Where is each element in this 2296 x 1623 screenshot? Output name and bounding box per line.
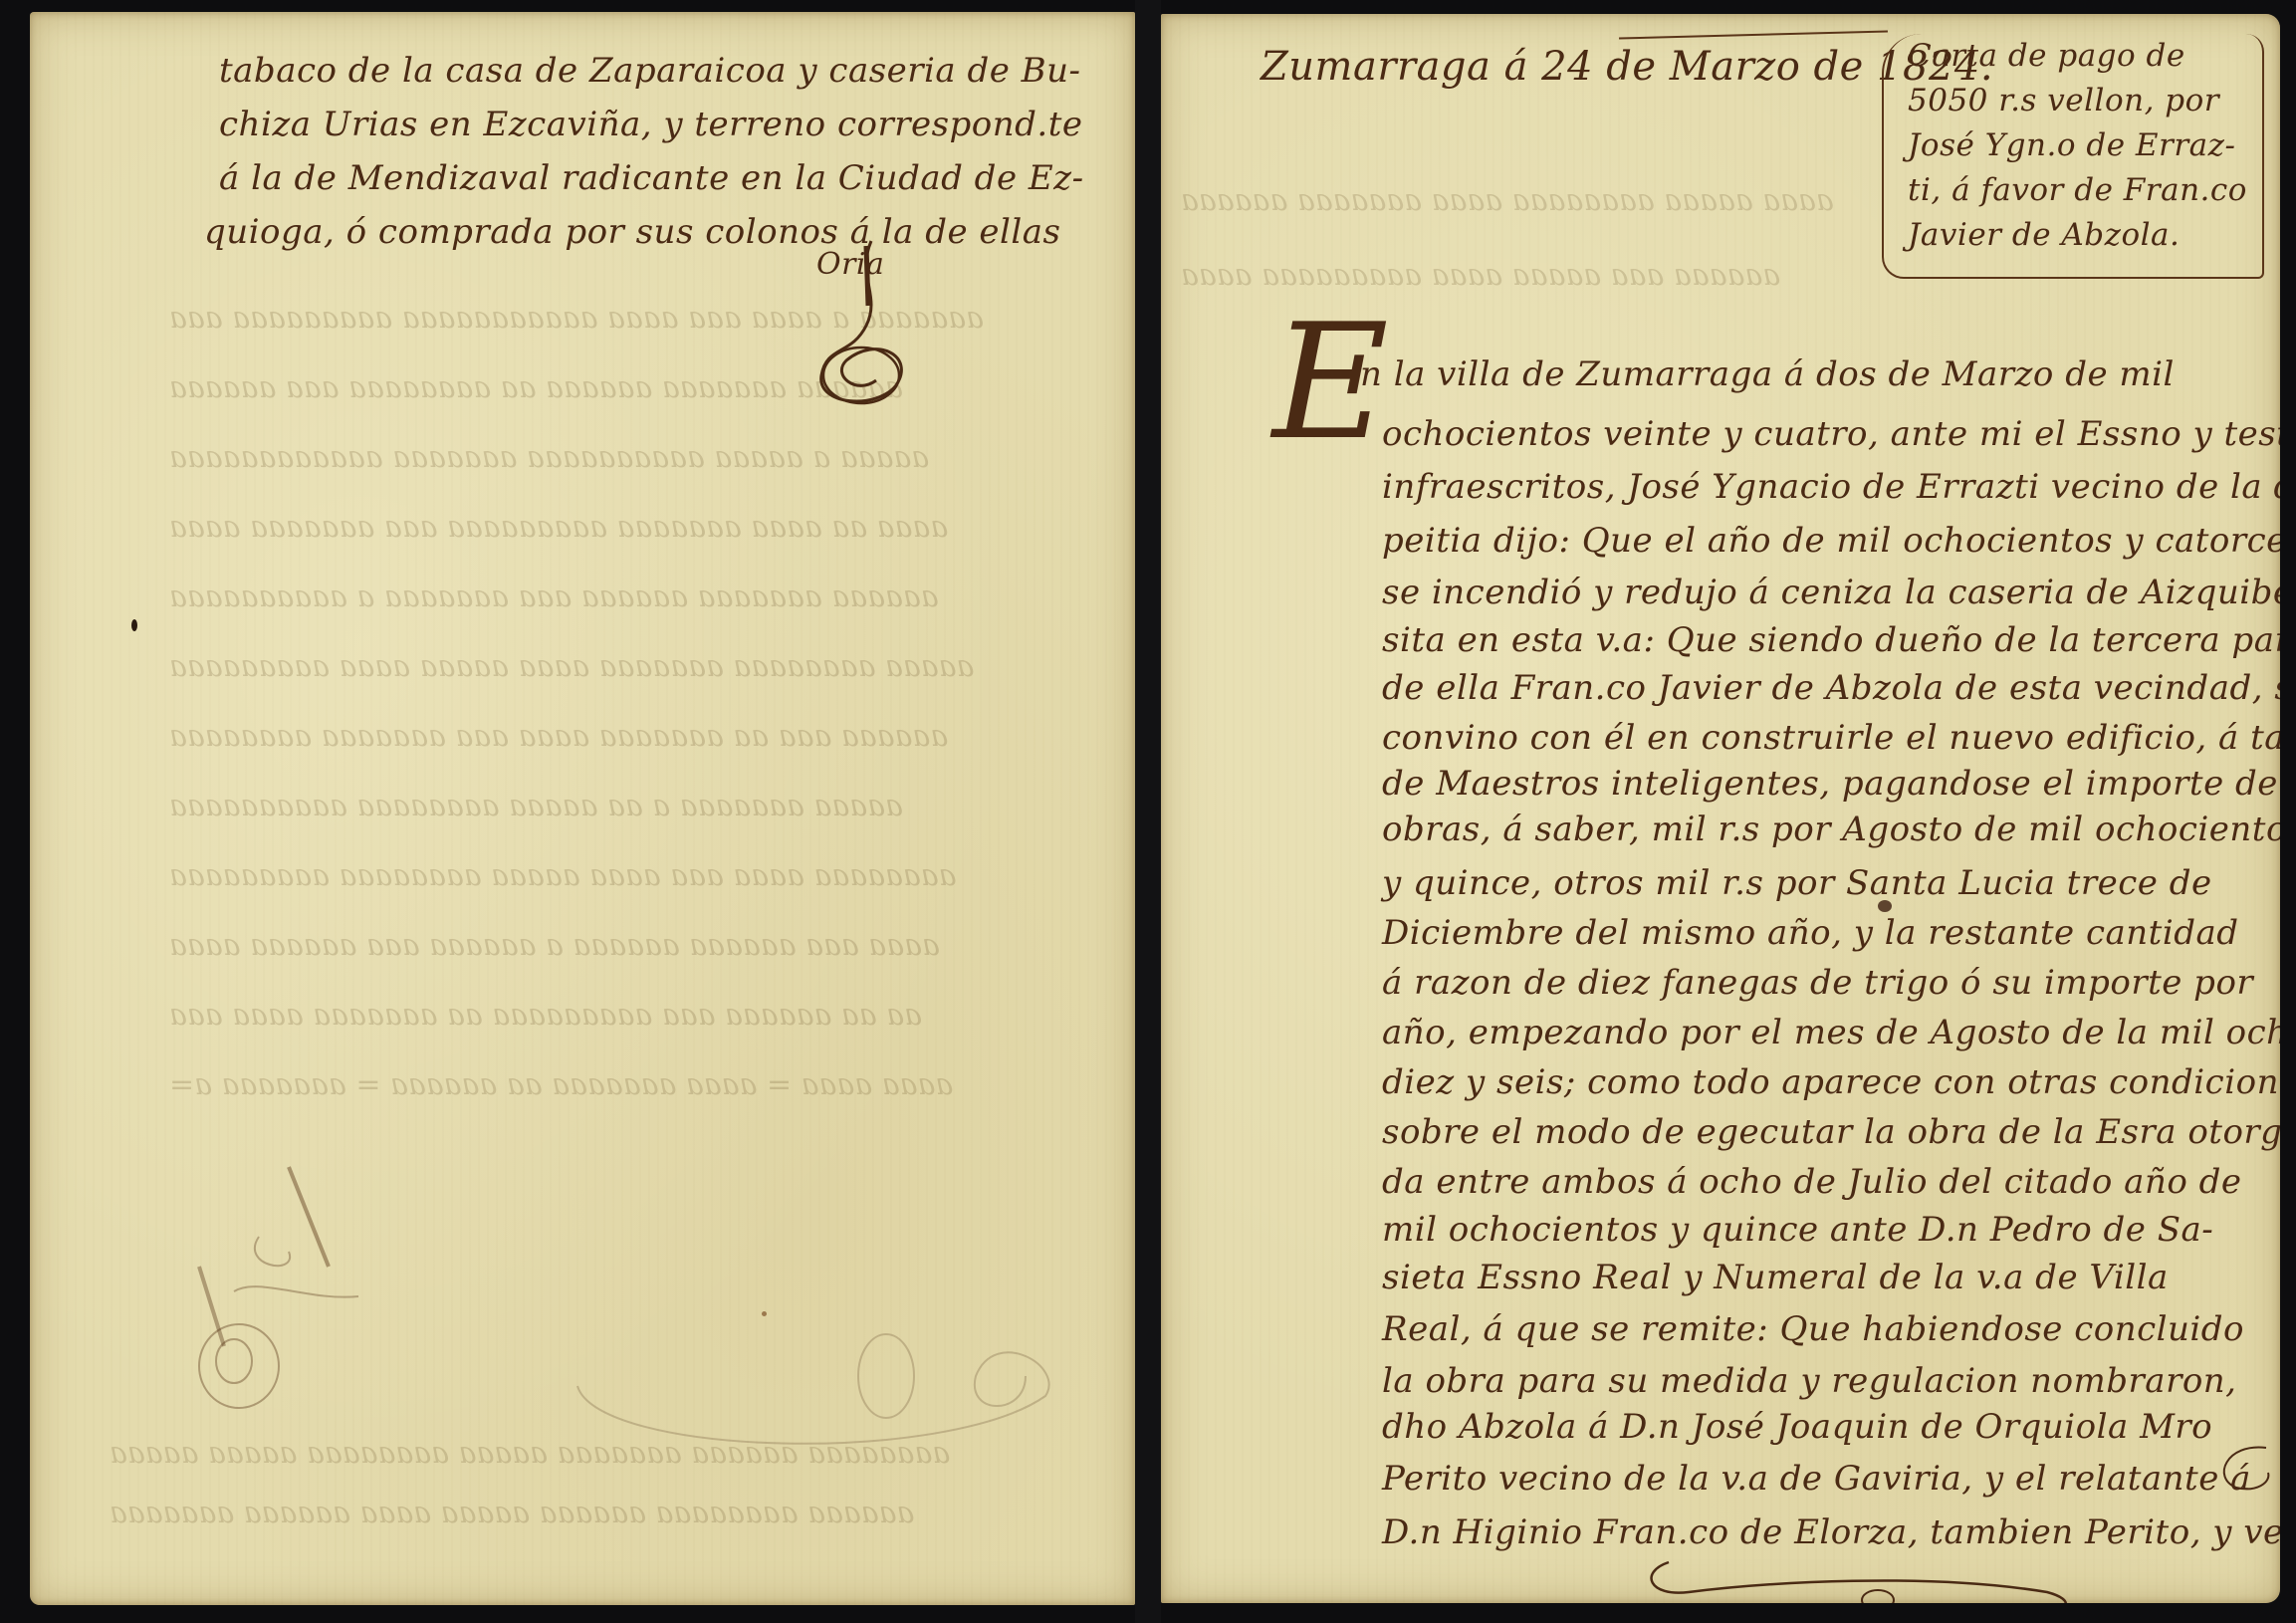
bleed-through-line: aaaaa a aaaaa aaaaaaaaaa aaaaaaa aaaaaaa… [169,440,929,475]
body-line: D.n Higinio Fran.co de Elorza, tambien P… [1382,1515,2280,1549]
body-line: diez y seis; como todo aparece con otras… [1382,1065,2280,1099]
header-rule [1619,30,1888,39]
marginal-summary-box: Carta de pago de 5050 r.s vellon, por Jo… [1882,34,2264,279]
body-line: n la villa de Zumarraga á dos de Marzo d… [1360,357,2175,391]
bleed-through-line: aaaa aaaaa aaaaaaaa aaaa aaaaaaa aaaaaa [1181,183,1834,218]
body-line: ochocientos veinte y cuatro, ante mi el … [1382,417,2280,451]
body-line: Real, á que se remite: Que habiendose co… [1382,1312,2244,1346]
manuscript-line: á la de Mendizaval radicante en la Ciuda… [219,161,1084,195]
ink-blot [131,619,137,631]
body-line: de Maestros inteligentes, pagandose el i… [1382,767,2280,801]
body-line: año, empezando por el mes de Agosto de l… [1382,1016,2280,1049]
binding-gutter [1135,0,1161,1623]
bleed-through-line: aaaa aa aaaa aaaaaaa aaaaaaaaa aaa aaaaa… [169,510,948,545]
bleed-through-line: aaaaaa aaaaaaaa aaaaaa aaaaa aaaa aaaaaa… [110,1496,914,1530]
body-line: mil ochocientos y quince ante D.n Pedro … [1382,1213,2213,1247]
bleed-through-line: aaaaaa aaa aa aaaaaaa aaaa aaa aaaaaaa a… [169,719,948,754]
body-line: peitia dijo: Que el año de mil ochocient… [1382,524,2280,558]
body-line: se incendió y redujo á ceniza la caseria… [1382,576,2280,609]
bleed-through-line: aaaa aaaa = aaaa aaaaaaa aa aaaaaa = aaa… [169,1067,953,1102]
body-line: y quince, otros mil r.s por Santa Lucia … [1382,866,2212,900]
body-line: la obra para su medida y regulacion nomb… [1382,1364,2237,1398]
marginal-note-line: 5050 r.s vellon, por [1884,79,2262,123]
marginal-note-line: ti, á favor de Fran.co [1884,168,2262,213]
bleed-through-line: aaaaaaa a aaaa aaa aaaa aaaaaaaaaaa aaaa… [169,301,984,336]
body-line: dho Abzola á D.n José Joaquin de Orquiol… [1382,1410,2212,1444]
right-page: aaaa aaaaa aaaaaaaa aaaa aaaaaaa aaaaaa … [1161,14,2280,1603]
manuscript-line: quioga, ó comprada por sus colonos á la … [204,215,1061,249]
body-line: Diciembre del mismo año, y la restante c… [1382,916,2239,950]
bleed-through-line: aaaaa aaaaaaa a aa aaaaa aaaaaaaa aaaaaa… [169,789,903,823]
body-line: sieta Essno Real y Numeral de la v.a de … [1382,1261,2169,1294]
body-line: infraescritos, José Ygnacio de Errazti v… [1382,470,2280,504]
body-line: á razon de diez fanegas de trigo ó su im… [1382,966,2253,1000]
faint-flourish-icon [568,1306,1065,1506]
marginal-note-line: José Ygn.o de Erraz- [1884,123,2262,168]
bleed-through-line: aa aa aaaaaa aaa aaaaaaaaa aa aaaaaaa aa… [169,998,922,1033]
bleed-through-line: aaaaa aaaaaaaa aaaaaaa aaaa aaaaa aaaa a… [169,649,974,684]
body-line: da entre ambos á ocho de Julio del citad… [1382,1165,2242,1199]
manuscript-line: tabaco de la casa de Zaparaicoa y caseri… [219,54,1081,88]
bleed-through-line: aaaaaaaa aaaa aaa aaaa aaaaa aaaaaaaa aa… [169,858,957,893]
body-line: sita en esta v.a: Que siendo dueño de la… [1382,623,2280,657]
body-line: de ella Fran.co Javier de Abzola de esta… [1382,671,2280,705]
marginal-note-line: Carta de pago de [1884,34,2262,79]
closing-flourish-icon [1629,1552,2087,1603]
faint-notary-signature-icon [179,1157,408,1416]
left-page: aaaaaaa a aaaa aaa aaaa aaaaaaaaaaa aaaa… [30,12,1135,1605]
bleed-through-line: aaaaaa aaaaaaa aaaaaa aa aaaaaaaa aaa aa… [169,370,903,405]
foxing-spot [762,1311,767,1316]
body-line: obras, á saber, mil r.s por Agosto de mi… [1382,812,2280,846]
bleed-through-line: aaaaaaaa aaaaaa aaaaaaa aaaaa aaaaaaaa a… [110,1436,950,1471]
marginal-note-line: Javier de Abzola. [1884,213,2262,258]
bleed-through-line: aaaaaa aaaaaaa aaaaaa aaa aaaaaaa a aaaa… [169,580,939,614]
ink-blot [1878,900,1892,912]
manuscript-line: chiza Urias en Ezcaviña, y terreno corre… [219,108,1083,141]
bleed-through-line: aaaa aaa aaaaaa aaaaaa a aaaaaa aaa aaaa… [169,928,940,963]
body-line: convino con él en construirle el nuevo e… [1382,721,2280,755]
signature-name: Oria [816,247,884,282]
bleed-through-line: aaaaaa aaa aaaaa aaaa aaaaaaaaa aaaa [1181,258,1780,293]
body-line: sobre el modo de egecutar la obra de la … [1382,1115,2280,1149]
body-line: Perito vecino de la v.a de Gaviria, y el… [1382,1462,2251,1496]
